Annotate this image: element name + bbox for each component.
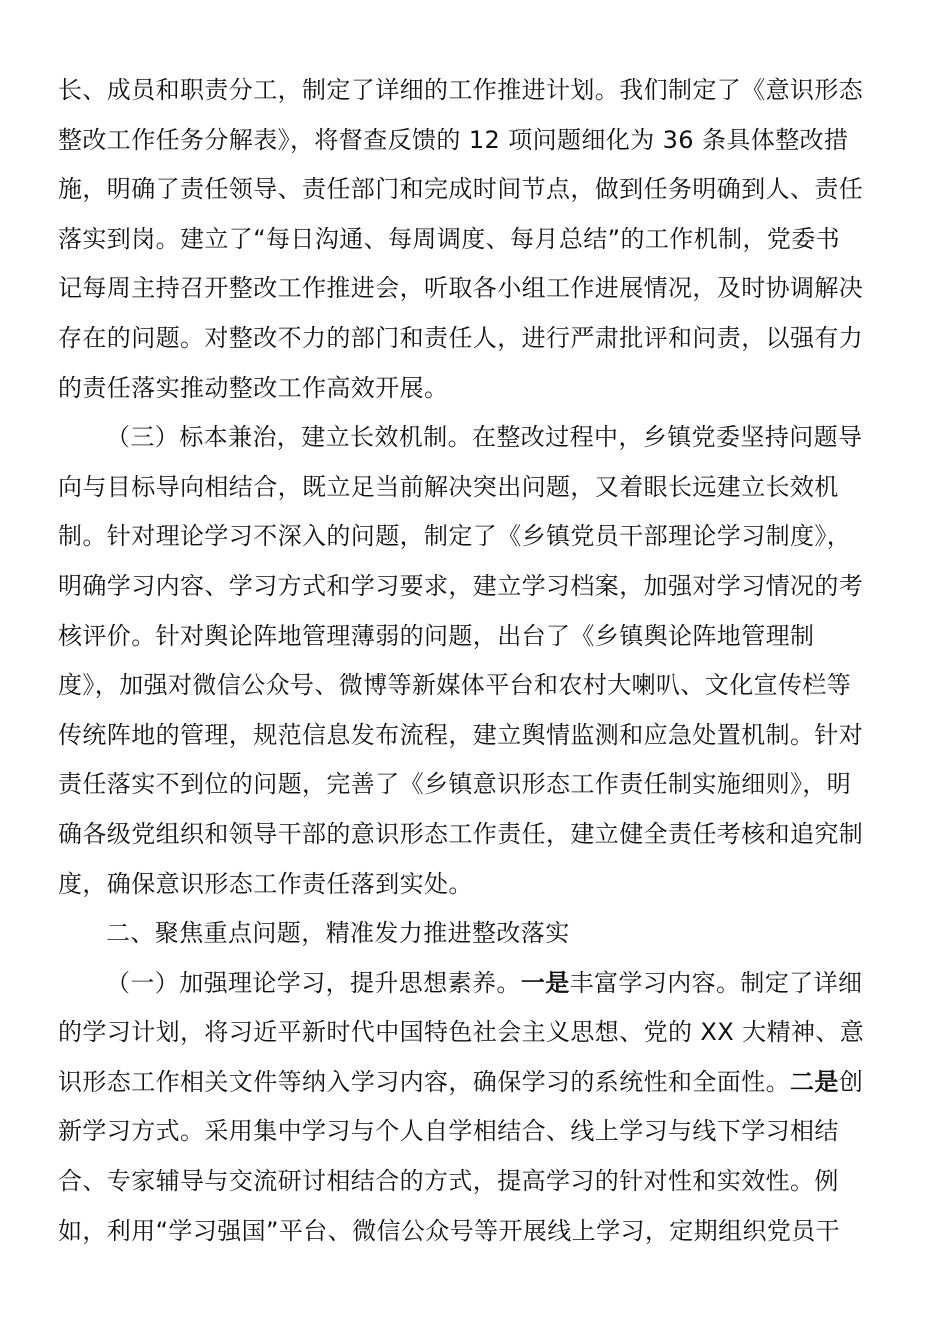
paragraph-line: 核评价。针对舆论阵地管理薄弱的问题，出台了《乡镇舆论阵地管理制 bbox=[58, 612, 888, 662]
subsection-3-first-line: （三）标本兼治，建立长效机制。在整改过程中，乡镇党委坚持问题导 bbox=[58, 413, 888, 463]
paragraph-text: 识形态工作相关文件等纳入学习内容，确保学习的系统性和全面性。 bbox=[58, 1068, 790, 1096]
paragraph-line: 长、成员和职责分工，制定了详细的工作推进计划。我们制定了《意识形态 bbox=[58, 66, 888, 116]
paragraph-text: 丰富学习内容。制定了详细 bbox=[570, 969, 863, 997]
paragraph-line: 的责任落实推动整改工作高效开展。 bbox=[58, 364, 888, 414]
paragraph-line: 度》，加强对微信公众号、微博等新媒体平台和农村大喇叭、文化宣传栏等 bbox=[58, 661, 888, 711]
subsection-1-first-line: （一）加强理论学习，提升思想素养。一是丰富学习内容。制定了详细 bbox=[58, 959, 888, 1009]
paragraph-line: 新学习方式。采用集中学习与个人自学相结合、线上学习与线下学习相结 bbox=[58, 1107, 888, 1157]
document-body: 长、成员和职责分工，制定了详细的工作推进计划。我们制定了《意识形态 整改工作任务… bbox=[58, 66, 888, 1256]
paragraph-line: 落实到岗。建立了“每日沟通、每周调度、每月总结”的工作机制，党委书 bbox=[58, 215, 888, 265]
paragraph-line: 度，确保意识形态工作责任落到实处。 bbox=[58, 860, 888, 910]
paragraph-line: 向与目标导向相结合，既立足当前解决突出问题，又着眼长远建立长效机 bbox=[58, 463, 888, 513]
paragraph-line: 如，利用“学习强国”平台、微信公众号等开展线上学习，定期组织党员干 bbox=[58, 1207, 888, 1257]
paragraph-line: 整改工作任务分解表》，将督查反馈的 12 项问题细化为 36 条具体整改措 bbox=[58, 116, 888, 166]
paragraph-line: 施，明确了责任领导、责任部门和完成时间节点，做到任务明确到人、责任 bbox=[58, 165, 888, 215]
paragraph-line: 责任落实不到位的问题，完善了《乡镇意识形态工作责任制实施细则》，明 bbox=[58, 760, 888, 810]
subsection-title: （一）加强理论学习，提升思想素养。 bbox=[106, 969, 521, 997]
paragraph-line: 识形态工作相关文件等纳入学习内容，确保学习的系统性和全面性。二是创 bbox=[58, 1058, 888, 1108]
paragraph-line: 确各级党组织和领导干部的意识形态工作责任，建立健全责任考核和追究制 bbox=[58, 810, 888, 860]
paragraph-text: 创 bbox=[839, 1068, 863, 1096]
paragraph-line: 存在的问题。对整改不力的部门和责任人，进行严肃批评和问责，以强有力 bbox=[58, 314, 888, 364]
section-heading: 二、聚焦重点问题，精准发力推进整改落实 bbox=[58, 909, 888, 959]
paragraph-line: 传统阵地的管理，规范信息发布流程，建立舆情监测和应急处置机制。针对 bbox=[58, 711, 888, 761]
bold-marker-second: 二是 bbox=[790, 1068, 839, 1096]
paragraph-line: 的学习计划，将习近平新时代中国特色社会主义思想、党的 XX 大精神、意 bbox=[58, 1008, 888, 1058]
paragraph-line: 记每周主持召开整改工作推进会，听取各小组工作进展情况，及时协调解决 bbox=[58, 264, 888, 314]
document-page: 长、成员和职责分工，制定了详细的工作推进计划。我们制定了《意识形态 整改工作任务… bbox=[0, 0, 950, 1344]
bold-marker-first: 一是 bbox=[521, 969, 570, 997]
paragraph-line: 制。针对理论学习不深入的问题，制定了《乡镇党员干部理论学习制度》， bbox=[58, 512, 888, 562]
paragraph-line: 合、专家辅导与交流研讨相结合的方式，提高学习的针对性和实效性。例 bbox=[58, 1157, 888, 1207]
paragraph-line: 明确学习内容、学习方式和学习要求，建立学习档案，加强对学习情况的考 bbox=[58, 562, 888, 612]
